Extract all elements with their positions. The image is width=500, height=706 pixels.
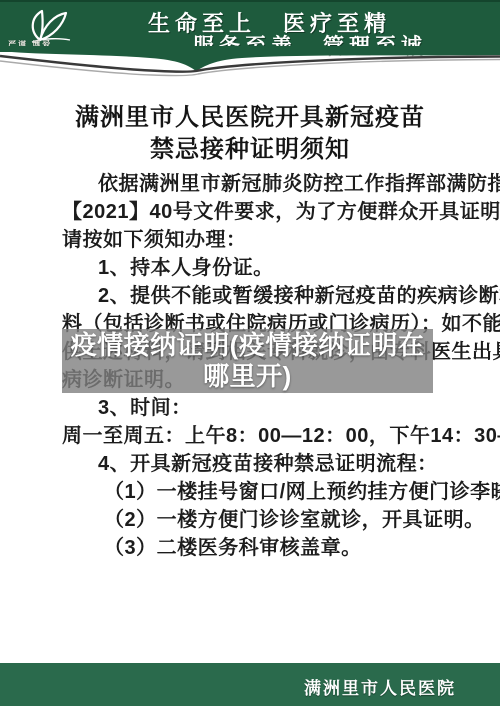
document-text-line: 依据满洲里市新冠肺炎防控工作指挥部满防指字 [62,170,440,198]
notice-poster: 严谨 博爱 生命至上 医疗至精 服务至善 管理至诚 满洲里市人民医院开具新冠疫苗… [0,0,500,706]
document-text-line: 3、时间： [62,394,440,422]
page-curl-divider [0,46,500,84]
document-text-line: 2、提供不能或暂缓接种新冠疫苗的疾病诊断材 [62,282,440,310]
watermark-caption: 疫情接纳证明(疫情接纳证明在哪里开) [62,330,433,392]
document-text-line: 周一至周五：上午8：00—12：00，下午14：30—17：30 [62,422,440,450]
document-text-line: （3）二楼医务科审核盖章。 [62,534,440,562]
watermark-overlay: 疫情接纳证明(疫情接纳证明在哪里开) [62,329,433,393]
footer-banner: 满洲里市人民医院 [0,663,500,706]
notice-title-line1: 满洲里市人民医院开具新冠疫苗 [0,102,500,134]
document-text-line: （2）一楼方便门诊诊室就诊，开具证明。 [62,506,440,534]
footer-hospital-name: 满洲里市人民医院 [304,674,456,699]
document-text-line: 【2021】40号文件要求，为了方便群众开具证明， [62,198,440,226]
notice-title: 满洲里市人民医院开具新冠疫苗 禁忌接种证明须知 [0,102,500,166]
notice-title-line2: 禁忌接种证明须知 [0,134,500,166]
document-text-line: （1）一楼挂号窗口/网上预约挂方便门诊李晓莉。 [62,478,440,506]
document-text-line: 1、持本人身份证。 [62,254,440,282]
document-text-line: 4、开具新冠疫苗接种禁忌证明流程： [62,450,440,478]
document-text-line: 请按如下须知办理： [62,226,440,254]
header-banner: 严谨 博爱 生命至上 医疗至精 服务至善 管理至诚 [0,0,500,52]
